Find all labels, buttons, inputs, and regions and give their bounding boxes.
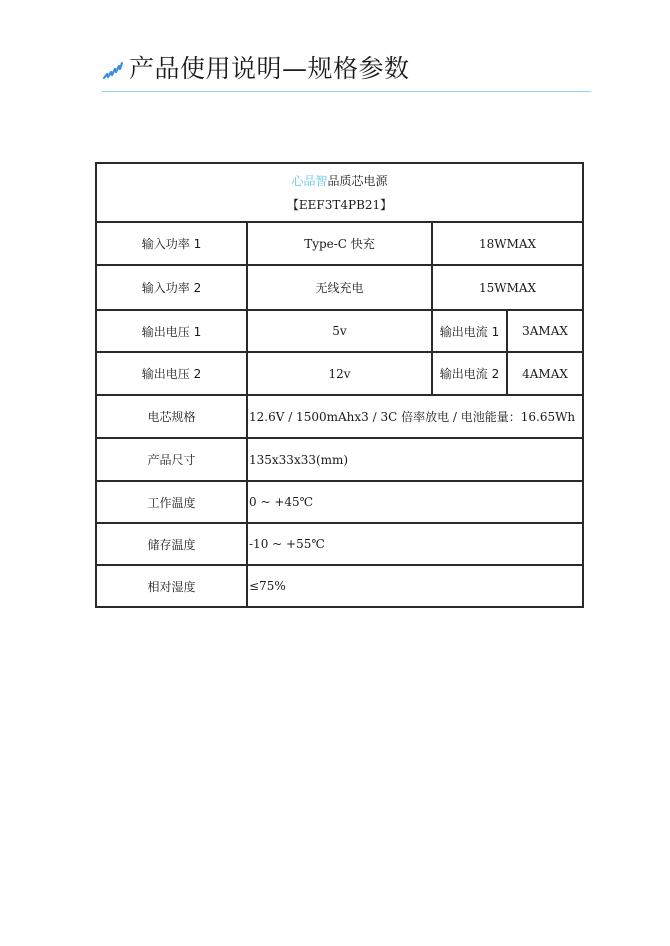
row-sub-label: 输出电流 1 bbox=[432, 310, 507, 352]
table-row: 输出电压 2 12v 输出电流 2 4AMAX bbox=[96, 352, 583, 395]
row-value: 135x33x33(mm) bbox=[247, 438, 583, 481]
row-label: 输出电压 2 bbox=[96, 352, 247, 395]
row-value: 无线充电 bbox=[247, 265, 432, 310]
row-sub-label: 输出电流 2 bbox=[432, 352, 507, 395]
product-name: 品质芯电源 bbox=[328, 174, 388, 188]
table-row: 输入功率 2 无线充电 15WMAX bbox=[96, 265, 583, 310]
row-value: Type-C 快充 bbox=[247, 222, 432, 265]
row-label: 输入功率 2 bbox=[96, 265, 247, 310]
row-label: 储存温度 bbox=[96, 523, 247, 565]
row-label: 输出电压 1 bbox=[96, 310, 247, 352]
row-label: 工作温度 bbox=[96, 481, 247, 523]
row-value: -10 ~ +55℃ bbox=[247, 523, 583, 565]
header-divider bbox=[102, 91, 591, 92]
table-row: 产品尺寸 135x33x33(mm) bbox=[96, 438, 583, 481]
table-row: 输出电压 1 5v 输出电流 1 3AMAX bbox=[96, 310, 583, 352]
row-label: 输入功率 1 bbox=[96, 222, 247, 265]
table-row: 相对湿度 ≤75% bbox=[96, 565, 583, 607]
table-row: 工作温度 0 ~ +45℃ bbox=[96, 481, 583, 523]
table-row: 储存温度 -10 ~ +55℃ bbox=[96, 523, 583, 565]
row-label: 产品尺寸 bbox=[96, 438, 247, 481]
row-value: ≤75% bbox=[247, 565, 583, 607]
model-number: 【EEF3T4PB21】 bbox=[97, 193, 582, 217]
brand-name: 心品智 bbox=[292, 174, 328, 188]
row-sub-value: 4AMAX bbox=[507, 352, 583, 395]
table-row: 输入功率 1 Type-C 快充 18WMAX bbox=[96, 222, 583, 265]
page-title: 产品使用说明—规格参数 bbox=[129, 52, 410, 86]
row-extra: 15WMAX bbox=[432, 265, 583, 310]
row-value: 12v bbox=[247, 352, 432, 395]
page-header: 产品使用说明—规格参数 bbox=[102, 52, 592, 94]
table-row: 电芯规格 12.6V / 1500mAhx3 / 3C 倍率放电 / 电池能量：… bbox=[96, 395, 583, 438]
row-value: 0 ~ +45℃ bbox=[247, 481, 583, 523]
row-label: 相对湿度 bbox=[96, 565, 247, 607]
spec-table: 心品智品质芯电源 【EEF3T4PB21】 输入功率 1 Type-C 快充 1… bbox=[95, 162, 584, 608]
row-extra: 18WMAX bbox=[432, 222, 583, 265]
squiggle-logo-icon bbox=[102, 58, 124, 82]
row-value: 12.6V / 1500mAhx3 / 3C 倍率放电 / 电池能量：16.65… bbox=[247, 395, 583, 438]
row-label: 电芯规格 bbox=[96, 395, 247, 438]
row-sub-value: 3AMAX bbox=[507, 310, 583, 352]
row-value: 5v bbox=[247, 310, 432, 352]
table-heading-row: 心品智品质芯电源 【EEF3T4PB21】 bbox=[96, 163, 583, 222]
product-heading-cell: 心品智品质芯电源 【EEF3T4PB21】 bbox=[96, 163, 583, 222]
